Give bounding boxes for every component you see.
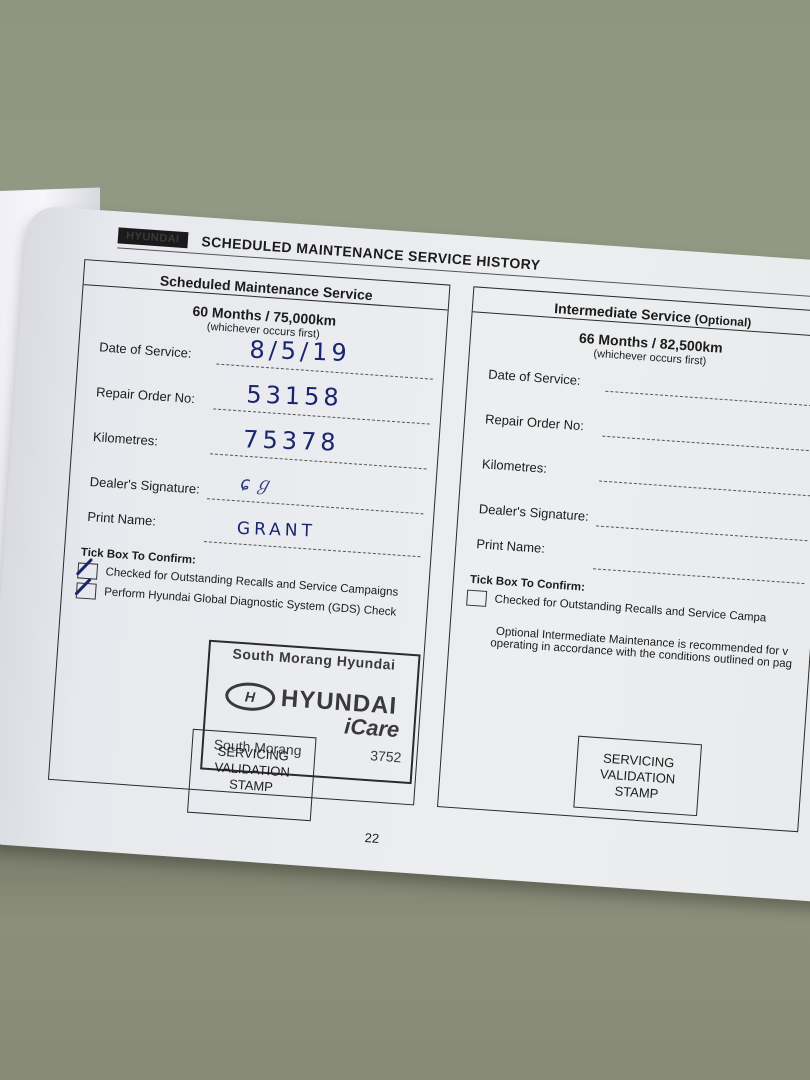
dotted-line: [593, 568, 805, 584]
tick-mark-icon: [74, 578, 91, 596]
brand-logo: HYUNDAI: [118, 227, 189, 248]
checkbox-recalls[interactable]: [77, 562, 98, 579]
checkbox-gds[interactable]: [76, 582, 97, 599]
dealer-name: South Morang Hyundai: [210, 644, 419, 674]
field-label: Date of Service:: [99, 339, 192, 360]
intermediate-service-card: Intermediate Service (Optional) 66 Month…: [437, 286, 810, 832]
field-label: Repair Order No:: [485, 411, 585, 433]
dotted-line: [602, 436, 810, 452]
validation-stamp-box: SERVICING VALIDATION STAMP: [187, 729, 317, 821]
field-label: Repair Order No:: [96, 384, 196, 406]
service-booklet-page: HYUNDAI SCHEDULED MAINTENANCE SERVICE HI…: [0, 205, 810, 903]
handwritten-value: 8/5/19: [249, 336, 351, 368]
dotted-line: [204, 541, 421, 557]
dotted-line: [207, 498, 424, 514]
scheduled-service-card: Scheduled Maintenance Service 60 Months …: [48, 259, 451, 805]
field-label: Date of Service:: [488, 367, 581, 388]
field-label: Kilometres:: [482, 456, 548, 475]
page-title: SCHEDULED MAINTENANCE SERVICE HISTORY: [201, 233, 541, 273]
tick-mark-icon: [76, 558, 93, 576]
field-label: Dealer's Signature:: [89, 474, 200, 497]
page-number: 22: [364, 830, 379, 846]
field-label: Print Name:: [476, 536, 546, 556]
dotted-line: [605, 391, 810, 407]
dotted-line: [599, 481, 810, 497]
signature-scribble: ɕℊ: [240, 469, 277, 496]
checkbox-recalls[interactable]: [466, 590, 487, 607]
validation-stamp-box: SERVICING VALIDATION STAMP: [573, 736, 702, 816]
handwritten-value: 75378: [243, 425, 340, 456]
field-label: Kilometres:: [92, 429, 158, 448]
dealer-code: 3752: [370, 747, 402, 765]
field-label: Dealer's Signature:: [478, 501, 589, 524]
field-label: Print Name:: [87, 509, 157, 529]
card-title-text: Intermediate Service: [554, 300, 692, 326]
optional-label: (Optional): [694, 312, 751, 330]
handwritten-value: GRANT: [237, 519, 317, 542]
dotted-line: [596, 525, 808, 541]
intermediate-note: Optional Intermediate Maintenance is rec…: [461, 623, 810, 672]
handwritten-value: 53158: [246, 380, 343, 411]
